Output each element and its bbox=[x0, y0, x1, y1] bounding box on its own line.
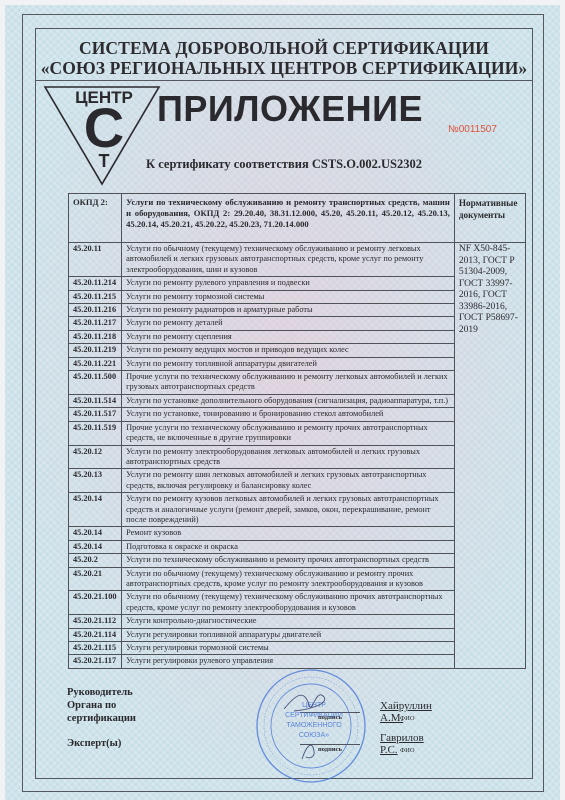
okpd-services-table: ОКПД 2: Услуги по техническому обслужива… bbox=[68, 193, 526, 669]
service-description-cell: Ремонт кузовов bbox=[122, 527, 455, 540]
okpd-code-cell: 45.20.11.215 bbox=[69, 290, 122, 303]
head-signature-caption: подпись bbox=[318, 714, 342, 721]
okpd-code-cell: 45.20.11.216 bbox=[69, 304, 122, 317]
service-description-cell: Услуги по обычному (текущему) техническо… bbox=[122, 243, 455, 277]
okpd-code-cell: 45.20.11.221 bbox=[69, 357, 122, 370]
service-description-cell: Услуги по обычному (текущему) техническо… bbox=[122, 591, 455, 615]
header-description-cell: Услуги по техническому обслуживанию и ре… bbox=[122, 194, 455, 243]
okpd-code-cell: 45.20.21.117 bbox=[69, 655, 122, 668]
logo-letter-c: С bbox=[84, 96, 124, 159]
okpd-code-cell: 45.20.14 bbox=[69, 527, 122, 540]
okpd-code-cell: 45.20.11 bbox=[69, 243, 122, 277]
service-description-cell: Услуги по ремонту рулевого управления и … bbox=[122, 277, 455, 290]
appendix-title: ПРИЛОЖЕНИЕ bbox=[150, 88, 430, 130]
service-description-cell: Услуги контрольно-диагностические bbox=[122, 615, 455, 628]
header-divider bbox=[35, 80, 533, 81]
okpd-code-cell: 45.20.11.218 bbox=[69, 330, 122, 343]
service-description-cell: Услуги по ремонту шин легковых автомобил… bbox=[122, 469, 455, 493]
header-code-cell: ОКПД 2: bbox=[69, 194, 122, 243]
service-description-cell: Услуги по установке дополнительного обор… bbox=[122, 394, 455, 407]
okpd-code-cell: 45.20.21.115 bbox=[69, 642, 122, 655]
okpd-code-cell: 45.20.14 bbox=[69, 493, 122, 527]
okpd-code-cell: 45.20.13 bbox=[69, 469, 122, 493]
service-description-cell: Услуги регулировки тормозной системы bbox=[122, 642, 455, 655]
service-description-cell: Услуги регулировки топливной аппаратуры … bbox=[122, 628, 455, 641]
certification-system-title: СИСТЕМА ДОБРОВОЛЬНОЙ СЕРТИФИКАЦИИ «СОЮЗ … bbox=[35, 38, 533, 78]
head-signature-line bbox=[300, 712, 360, 713]
okpd-code-cell: 45.20.21.114 bbox=[69, 628, 122, 641]
normative-documents-cell: NF X50-845-2013, ГОСТ Р 51304-2009, ГОСТ… bbox=[454, 243, 525, 669]
service-description-cell: Услуги по обычному (текущему) техническо… bbox=[122, 567, 455, 591]
document-number: №0011507 bbox=[448, 124, 497, 135]
expert-signature-line bbox=[300, 744, 360, 745]
head-label-line2: Органа по сертификации bbox=[67, 699, 136, 725]
service-description-cell: Прочие услуги по техническому обслуживан… bbox=[122, 371, 455, 395]
okpd-code-cell: 45.20.11.500 bbox=[69, 371, 122, 395]
okpd-code-cell: 45.20.21 bbox=[69, 567, 122, 591]
service-description-cell: Услуги по ремонту сцепления bbox=[122, 330, 455, 343]
okpd-code-cell: 45.20.21.112 bbox=[69, 615, 122, 628]
okpd-code-cell: 45.20.21.100 bbox=[69, 591, 122, 615]
table-row: 45.20.11Услуги по обычному (текущему) те… bbox=[69, 243, 526, 277]
service-description-cell: Услуги по техническому обслуживанию и ре… bbox=[122, 554, 455, 567]
okpd-code-cell: 45.20.11.214 bbox=[69, 277, 122, 290]
service-description-cell: Услуги по ремонту электрооборудования ле… bbox=[122, 445, 455, 469]
system-title-line2: «СОЮЗ РЕГИОНАЛЬНЫХ ЦЕНТРОВ СЕРТИФИКАЦИИ» bbox=[35, 58, 533, 78]
head-label: Руководитель Органа по сертификации bbox=[67, 686, 136, 725]
service-description-cell: Прочие услуги по техническому обслуживан… bbox=[122, 421, 455, 445]
expert-label: Эксперт(ы) bbox=[67, 737, 121, 750]
okpd-code-cell: 45.20.11.219 bbox=[69, 344, 122, 357]
okpd-code-cell: 45.20.2 bbox=[69, 554, 122, 567]
service-description-cell: Услуги по установке, тонированию и брони… bbox=[122, 408, 455, 421]
system-title-line1: СИСТЕМА ДОБРОВОЛЬНОЙ СЕРТИФИКАЦИИ bbox=[35, 38, 533, 58]
header-norms-cell: Нормативные документы bbox=[454, 194, 525, 243]
expert-name-caption: ФИО bbox=[400, 747, 415, 754]
okpd-code-cell: 45.20.11.517 bbox=[69, 408, 122, 421]
service-description-cell: Услуги по ремонту топливной аппаратуры д… bbox=[122, 357, 455, 370]
service-description-cell: Услуги по ремонту деталей bbox=[122, 317, 455, 330]
certificate-reference: К сертификату соответствия CSTS.O.002.US… bbox=[35, 157, 533, 172]
service-description-cell: Услуги по ремонту радиаторов и арматурны… bbox=[122, 304, 455, 317]
service-description-cell: Услуги по ремонту кузовов легковых автом… bbox=[122, 493, 455, 527]
okpd-code-cell: 45.20.12 bbox=[69, 445, 122, 469]
table-header-row: ОКПД 2: Услуги по техническому обслужива… bbox=[69, 194, 526, 243]
okpd-code-cell: 45.20.11.217 bbox=[69, 317, 122, 330]
head-label-line1: Руководитель bbox=[67, 686, 136, 699]
service-description-cell: Услуги по ремонту ведущих мостов и приво… bbox=[122, 344, 455, 357]
service-description-cell: Услуги по ремонту тормозной системы bbox=[122, 290, 455, 303]
okpd-code-cell: 45.20.11.514 bbox=[69, 394, 122, 407]
okpd-code-cell: 45.20.11.519 bbox=[69, 421, 122, 445]
head-name-caption: ФИО bbox=[400, 715, 415, 722]
service-description-cell: Услуги регулировки рулевого управления bbox=[122, 655, 455, 668]
service-description-cell: Подготовка к окраске и окраска bbox=[122, 540, 455, 553]
expert-signature-caption: подпись bbox=[318, 746, 342, 753]
okpd-code-cell: 45.20.14 bbox=[69, 540, 122, 553]
